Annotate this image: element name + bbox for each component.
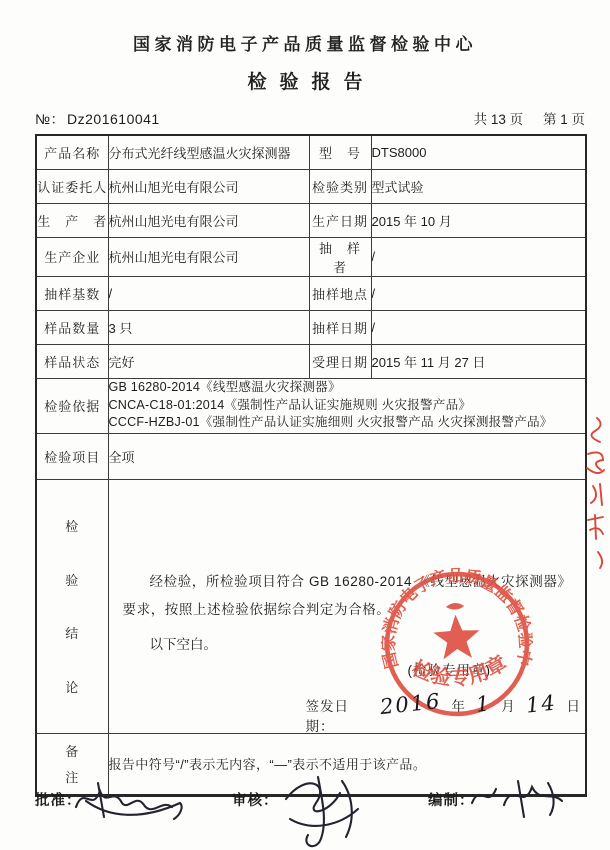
issue-year-unit: 年 <box>451 695 466 715</box>
cell-test-items: 全项 <box>108 433 586 479</box>
cell-label: 产品名称 <box>36 135 108 169</box>
meta-row: №：Dz201610041 共 13 页 第 1 页 <box>35 108 585 129</box>
issue-day-unit: 日 <box>567 695 582 715</box>
value-manufacturer: 杭州山旭光电有限公司 <box>109 250 239 265</box>
basis-line-1: GB 16280-2014《线型感温火灾探测器》 <box>109 379 586 397</box>
label-acceptance-date: 受理日期 <box>312 355 368 370</box>
row-test-basis: 检验依据 GB 16280-2014《线型感温火灾探测器》 CNCA-C18-0… <box>36 378 586 433</box>
value-test-items: 全项 <box>109 450 135 465</box>
cell-value: 杭州山旭光电有限公司 <box>108 203 309 237</box>
cell-label: 检验项目 <box>36 433 108 479</box>
pages-total: 共 13 页 <box>474 112 524 127</box>
value-producer: 杭州山旭光电有限公司 <box>109 214 239 229</box>
value-sample-qty: 3 只 <box>109 321 133 336</box>
cell-conclusion-label: 检 验 结 论 <box>36 479 108 733</box>
label-sampler: 抽 样 者 <box>319 241 375 275</box>
report-title: 检验报告 <box>0 67 610 94</box>
cell-label: 检验依据 <box>36 378 108 433</box>
cell-value: / <box>108 276 309 310</box>
cell-value: / <box>371 276 586 310</box>
label-sample-qty: 样品数量 <box>44 321 100 336</box>
value-test-type: 型式试验 <box>372 180 424 195</box>
issue-year-handwritten: 2016 <box>379 688 443 718</box>
label-sampling-date: 抽样日期 <box>312 321 368 336</box>
value-sampler: / <box>372 249 376 264</box>
label-test-type: 检验类别 <box>312 180 368 195</box>
row-conclusion: 检 验 结 论 经检验，所检验项目符合 GB 16280-2014 《线型感温火… <box>36 479 586 733</box>
cell-value: / <box>371 310 586 344</box>
label-sample-state: 样品状态 <box>44 355 100 370</box>
prepare-signature <box>464 775 574 823</box>
value-acceptance-date: 2015 年 11 月 27 日 <box>372 355 486 370</box>
cell-value: 2015 年 10 月 <box>371 203 586 237</box>
row-test-items: 检验项目 全项 <box>36 433 586 479</box>
label-product-name: 产品名称 <box>44 146 100 161</box>
value-product-name: 分布式光纤线型感温火灾探测器 <box>109 146 291 161</box>
label-test-basis: 检验依据 <box>44 399 100 414</box>
cell-label: 生产企业 <box>36 237 108 276</box>
issue-month-unit: 月 <box>501 695 516 715</box>
cell-value: 3 只 <box>108 310 309 344</box>
report-table: 产品名称 分布式光纤线型感温火灾探测器 型 号 DTS8000 认证委托人 杭州… <box>35 134 587 797</box>
inspection-report-page: 国家消防电子产品质量监督检验中心 检验报告 №：Dz201610041 共 13… <box>0 0 610 850</box>
cell-label: 生 产 者 <box>36 203 108 237</box>
cell-label: 抽样基数 <box>36 276 108 310</box>
cell-value: 完好 <box>108 344 309 378</box>
value-sampling-place: / <box>372 286 376 301</box>
approve-signature <box>68 775 193 830</box>
stamp-caption: (检验专用章) <box>408 659 492 679</box>
row-sample-base: 抽样基数 / 抽样地点 / <box>36 276 586 310</box>
basis-line-2: CNCA-C18-01:2014《强制性产品认证实施规则 火灾报警产品》 <box>109 397 586 415</box>
cell-label: 样品状态 <box>36 344 108 378</box>
report-number-label: №： <box>35 111 65 127</box>
cell-label: 样品数量 <box>36 310 108 344</box>
remark-text: 报告中符号“/”表示无内容，“—”表示不适用于该产品。 <box>109 757 427 772</box>
value-sample-state: 完好 <box>109 355 135 370</box>
cell-label: 抽 样 者 <box>309 237 371 276</box>
signature-footer: 批准： 审核： 编制： <box>0 783 610 850</box>
cell-label: 型 号 <box>309 135 371 169</box>
conclusion-label-char: 结 <box>65 623 79 642</box>
review-signature <box>272 771 387 850</box>
cell-label: 生产日期 <box>309 203 371 237</box>
page-current: 第 1 页 <box>543 112 585 127</box>
cell-label: 受理日期 <box>309 344 371 378</box>
cell-value: 杭州山旭光电有限公司 <box>108 237 309 276</box>
cell-label: 抽样日期 <box>309 310 371 344</box>
conclusion-label-char: 验 <box>65 570 79 589</box>
cell-value: 杭州山旭光电有限公司 <box>108 169 309 203</box>
value-model: DTS8000 <box>372 145 427 160</box>
label-producer: 生 产 者 <box>37 214 107 229</box>
issue-day-handwritten: 14 <box>525 690 558 717</box>
label-sample-base: 抽样基数 <box>44 287 100 302</box>
cell-test-basis: GB 16280-2014《线型感温火灾探测器》 CNCA-C18-01:201… <box>108 378 586 433</box>
cell-value: 2015 年 11 月 27 日 <box>371 344 586 378</box>
value-sampling-date: / <box>372 320 376 335</box>
row-sample-state: 样品状态 完好 受理日期 2015 年 11 月 27 日 <box>36 344 586 378</box>
issue-date-line: 签发日期： 2016 年 1 月 14 日 <box>306 692 586 735</box>
cell-value: DTS8000 <box>371 135 586 169</box>
conclusion-label-char: 论 <box>65 677 79 696</box>
row-applicant: 认证委托人 杭州山旭光电有限公司 检验类别 型式试验 <box>36 169 586 203</box>
value-production-date: 2015 年 10 月 <box>372 214 452 229</box>
label-production-date: 生产日期 <box>312 214 368 229</box>
report-number: №：Dz201610041 <box>35 109 160 129</box>
issue-month-handwritten: 1 <box>475 691 493 716</box>
remark-label-char: 备 <box>65 741 79 760</box>
row-producer: 生 产 者 杭州山旭光电有限公司 生产日期 2015 年 10 月 <box>36 203 586 237</box>
pagination: 共 13 页 第 1 页 <box>458 108 585 128</box>
label-test-items: 检验项目 <box>44 450 100 465</box>
cell-value: / <box>371 237 586 276</box>
report-number-value: Dz201610041 <box>67 111 160 127</box>
row-manufacturer: 生产企业 杭州山旭光电有限公司 抽 样 者 / <box>36 237 586 276</box>
blank-below-note: 以下空白。 <box>123 633 572 653</box>
org-title: 国家消防电子产品质量监督检验中心 <box>0 0 610 55</box>
row-sample-qty: 样品数量 3 只 抽样日期 / <box>36 310 586 344</box>
cell-value: 分布式光纤线型感温火灾探测器 <box>108 135 309 169</box>
label-sampling-place: 抽样地点 <box>312 287 368 302</box>
label-applicant: 认证委托人 <box>37 180 107 195</box>
value-applicant: 杭州山旭光电有限公司 <box>109 180 239 195</box>
cell-conclusion: 经检验，所检验项目符合 GB 16280-2014 《线型感温火灾探测器》要求，… <box>108 479 586 733</box>
margin-annotation-red <box>583 412 609 582</box>
conclusion-label-char: 检 <box>65 516 79 535</box>
cell-label: 检验类别 <box>309 169 371 203</box>
basis-line-3: CCCF-HZBJ-01《强制性产品认证实施细则 火灾报警产品 火灾探测报警产品… <box>109 414 586 432</box>
cell-label: 抽样地点 <box>309 276 371 310</box>
label-manufacturer: 生产企业 <box>44 250 100 265</box>
conclusion-text: 经检验，所检验项目符合 GB 16280-2014 《线型感温火灾探测器》要求，… <box>123 568 572 623</box>
label-model: 型 号 <box>319 146 361 161</box>
issue-date-label: 签发日期： <box>306 695 374 735</box>
row-product-name: 产品名称 分布式光纤线型感温火灾探测器 型 号 DTS8000 <box>36 135 586 169</box>
value-sample-base: / <box>109 286 113 301</box>
cell-label: 认证委托人 <box>36 169 108 203</box>
cell-value: 型式试验 <box>371 169 586 203</box>
